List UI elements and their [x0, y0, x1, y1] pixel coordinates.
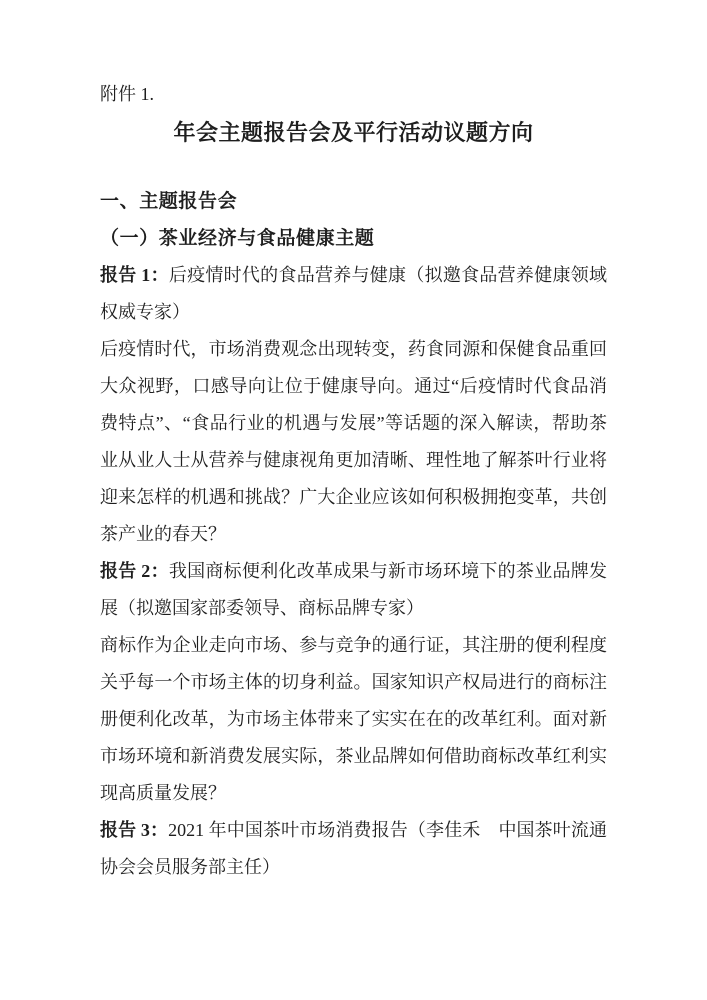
report1-body-line: 迎来怎样的机遇和挑战？广大企业应该如何积极拥抱变革，共创	[100, 479, 607, 516]
report1-label: 报告 1：	[100, 265, 169, 285]
report2-title-line1: 报告 2：我国商标便利化改革成果与新市场环境下的茶业品牌发	[100, 553, 607, 590]
report2-title-line2: 展（拟邀国家部委领导、商标品牌专家）	[100, 590, 607, 627]
report1-title-text: 后疫情时代的食品营养与健康（拟邀食品营养健康领域	[169, 265, 607, 285]
section-heading: 一、主题报告会	[100, 183, 607, 220]
document-title: 年会主题报告会及平行活动议题方向	[100, 113, 607, 153]
report3-title-text: 2021 年中国茶叶市场消费报告（李佳禾 中国茶叶流通	[168, 820, 607, 840]
report2-body-line: 关乎每一个市场主体的切身利益。国家知识产权局进行的商标注	[100, 664, 607, 701]
report1-title-line1: 报告 1：后疫情时代的食品营养与健康（拟邀食品营养健康领域	[100, 257, 607, 294]
attachment-label: 附件 1.	[100, 76, 607, 113]
report1-body-line: 业从业人士从营养与健康视角更加清晰、理性地了解茶叶行业将	[100, 442, 607, 479]
report2-body-line: 市场环境和新消费发展实际，茶业品牌如何借助商标改革红利实	[100, 738, 607, 775]
report3-label: 报告 3：	[100, 820, 168, 840]
report2-title-text: 我国商标便利化改革成果与新市场环境下的茶业品牌发	[169, 561, 607, 581]
document-content: 附件 1. 年会主题报告会及平行活动议题方向 一、主题报告会 （一）茶业经济与食…	[100, 76, 607, 886]
report2-body-line: 册便利化改革，为市场主体带来了实实在在的改革红利。面对新	[100, 701, 607, 738]
report2-label: 报告 2：	[100, 561, 169, 581]
subsection-heading: （一）茶业经济与食品健康主题	[100, 220, 607, 257]
report2-body-line: 现高质量发展？	[100, 775, 607, 812]
report1-title-line2: 权威专家）	[100, 294, 607, 331]
report1-body-line: 后疫情时代，市场消费观念出现转变，药食同源和保健食品重回	[100, 331, 607, 368]
report3-title-line1: 报告 3：2021 年中国茶叶市场消费报告（李佳禾 中国茶叶流通	[100, 812, 607, 849]
document-page: 附件 1. 年会主题报告会及平行活动议题方向 一、主题报告会 （一）茶业经济与食…	[0, 0, 707, 1000]
report1-body-line: 茶产业的春天？	[100, 516, 607, 553]
report3-title-line2: 协会会员服务部主任）	[100, 849, 607, 886]
report2-body-line: 商标作为企业走向市场、参与竞争的通行证，其注册的便利程度	[100, 627, 607, 664]
report1-body-line: 大众视野，口感导向让位于健康导向。通过“后疫情时代食品消	[100, 368, 607, 405]
report1-body-line: 费特点”、“食品行业的机遇与发展”等话题的深入解读，帮助茶	[100, 405, 607, 442]
